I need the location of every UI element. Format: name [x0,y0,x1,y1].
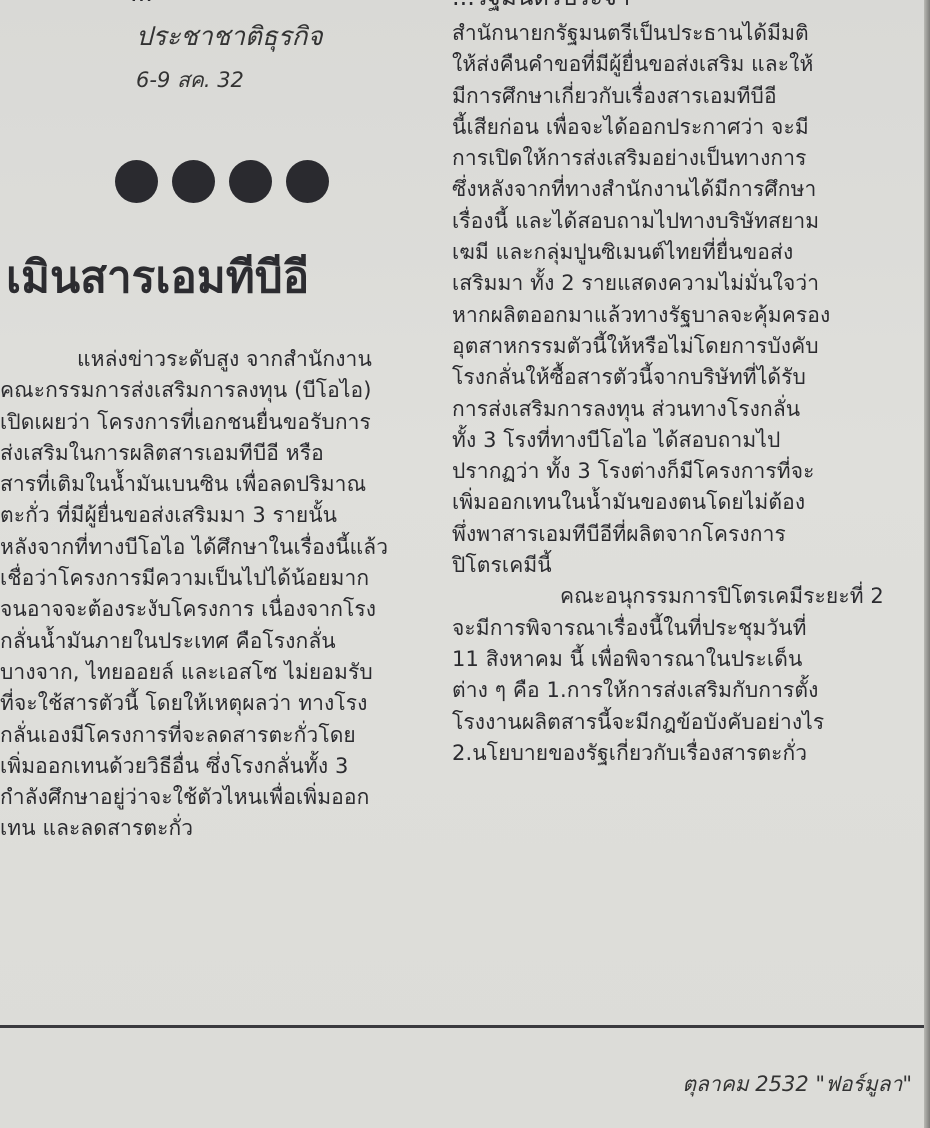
text-line: การส่งเสริมการลงทุน ส่วนทางโรงกลั่น [452,394,922,425]
text-line: เพิ่มออกเทนในน้ำมันของตนโดยไม่ต้อง [452,487,922,518]
article-body-left: แหล่งข่าวระดับสูง จากสำนักงาน คณะกรรมการ… [0,344,416,845]
text-line: เปิดเผยว่า โครงการที่เอกชนยื่นขอรับการ [0,407,416,438]
text-line: นี้เสียก่อน เพื่อจะได้ออกประกาศว่า จะมี [452,112,922,143]
article-body-right: สำนักนายกรัฐมนตรีเป็นประธานได้มีมติ ให้ส… [452,18,922,769]
text-line: เชื่อว่าโครงการมีความเป็นไปได้น้อยมาก [0,563,416,594]
page-edge-shadow [924,0,930,1128]
text-line: 2.นโยบายของรัฐเกี่ยวกับเรื่องสารตะกั่ว [452,738,922,769]
magazine-page: ... ประชาชาติธุรกิจ 6-9 สค. 32 เมินสารเอ… [0,0,924,1128]
text-line: โรงกลั่นให้ซื้อสารตัวนี้จากบริษัทที่ได้ร… [452,362,922,393]
text-line: ปรากฏว่า ทั้ง 3 โรงต่างก็มีโครงการที่จะ [452,456,922,487]
text-line: ซึ่งหลังจากที่ทางสำนักงานได้มีการศึกษา [452,174,922,205]
text-line: บางจาก, ไทยออยล์ และเอสโซ ไม่ยอมรับ [0,657,416,688]
text-line: สารที่เติมในน้ำมันเบนซิน เพื่อลดปริมาณ [0,469,416,500]
text-line: ทั้ง 3 โรงที่ทางบีโอไอ ได้สอบถามไป [452,425,922,456]
text-line: ให้ส่งคืนคำขอที่มีผู้ยื่นขอส่งเสริม และใ… [452,49,922,80]
text-line: กำลังศึกษาอยู่ว่าจะใช้ตัวไหนเพื่อเพิ่มออ… [0,782,416,813]
text-line: เพิ่มออกเทนด้วยวิธีอื่น ซึ่งโรงกลั่นทั้ง… [0,751,416,782]
text-line: หากผลิตออกมาแล้วทางรัฐบาลจะคุ้มครอง [452,300,922,331]
text-line: คณะอนุกรรมการปิโตรเคมีระยะที่ 2 [452,581,922,612]
source-date: 6-9 สค. 32 [136,62,406,98]
text-line: กลั่นน้ำมันภายในประเทศ คือโรงกลั่น [0,626,416,657]
text-line: เสริมมา ทั้ง 2 รายแสดงความไม่มั่นใจว่า [452,268,922,299]
article-headline: เมินสารเอมทีบีอี [6,248,309,308]
bullet-dot-icon [286,160,329,203]
text-line: คณะกรรมการส่งเสริมการลงทุน (บีโอไอ) [0,375,416,406]
text-line: เรื่องนี้ และได้สอบถามไปทางบริษัทสยาม [452,206,922,237]
text-line: ตะกั่ว ที่มีผู้ยื่นขอส่งเสริมมา 3 รายนั้… [0,500,416,531]
section-separator [115,160,329,203]
text-line: สำนักนายกรัฐมนตรีเป็นประธานได้มีมติ [452,18,922,49]
text-line: เฆมี และกลุ่มปูนซิเมนต์ไทยที่ยื่นขอส่ง [452,237,922,268]
text-line: จนอาจจะต้องระงับโครงการ เนื่องจากโรง [0,594,416,625]
clipped-top-line: ... [130,0,153,10]
text-line: ปิโตรเคมีนี้ [452,550,922,581]
text-line: ที่จะใช้สารตัวนี้ โดยให้เหตุผลว่า ทางโรง [0,688,416,719]
page-footer: ตุลาคม 2532 "ฟอร์มูลา" [682,1068,912,1101]
text-line: มีการศึกษาเกี่ยวกับเรื่องสารเอมทีบีอี [452,81,922,112]
text-line: 11 สิงหาคม นี้ เพื่อพิจารณาในประเด็น [452,644,922,675]
text-line: โรงงานผลิตสารนี้จะมีกฎข้อบังคับอย่างไร [452,707,922,738]
text-line: พึ่งพาสารเอมทีบีอีที่ผลิตจากโครงการ [452,519,922,550]
text-line: อุตสาหกรรมตัวนี้ให้หรือไม่โดยการบังคับ [452,331,922,362]
text-line: ส่งเสริมในการผลิตสารเอมทีบีอี หรือ [0,438,416,469]
text-line: แหล่งข่าวระดับสูง จากสำนักงาน [0,344,416,375]
bullet-dot-icon [172,160,215,203]
text-line: การเปิดให้การส่งเสริมอย่างเป็นทางการ [452,143,922,174]
source-publication: ประชาชาติธุรกิจ [136,20,406,54]
footer-divider [0,1025,924,1028]
text-line: ต่าง ๆ คือ 1.การให้การส่งเสริมกับการตั้ง [452,675,922,706]
bullet-dot-icon [115,160,158,203]
text-line: จะมีการพิจารณาเรื่องนี้ในที่ประชุมวันที่ [452,613,922,644]
source-citation: ประชาชาติธุรกิจ 6-9 สค. 32 [136,20,406,98]
clipped-top-line: ...รัฐมนตรีประจำ [452,0,630,14]
text-line: กลั่นเองมีโครงการที่จะลดสารตะกั่วโดย [0,720,416,751]
text-line: เทน และลดสารตะกั่ว [0,813,416,844]
text-line: หลังจากที่ทางบีโอไอ ได้ศึกษาในเรื่องนี้แ… [0,532,416,563]
bullet-dot-icon [229,160,272,203]
